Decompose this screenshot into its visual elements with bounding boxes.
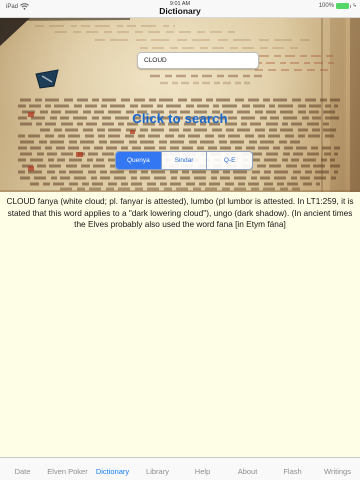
definition-text: CLOUD fanya (white cloud; pl. fanyar is … <box>0 192 360 231</box>
tab-flash[interactable]: Flash <box>270 467 315 476</box>
segment-quenya[interactable]: Quenya <box>116 152 162 169</box>
result-area: CLOUD fanya (white cloud; pl. fanyar is … <box>0 192 360 457</box>
tab-date[interactable]: Date <box>0 467 45 476</box>
language-segmented-control: Quenya Sindar Q-E <box>115 151 253 170</box>
page-title: Dictionary <box>0 7 360 16</box>
nav-titles: 9:01 AM Dictionary <box>0 0 360 16</box>
battery-percent: 100% <box>319 3 334 9</box>
search-button[interactable]: Click to search <box>0 111 360 126</box>
status-right: 100% ϟ <box>319 3 356 9</box>
tab-library[interactable]: Library <box>135 467 180 476</box>
tab-dictionary[interactable]: Dictionary <box>90 467 135 476</box>
segment-sindar[interactable]: Sindar <box>162 152 208 169</box>
tab-about[interactable]: About <box>225 467 270 476</box>
app-screen: iPad 9:01 AM Dictionary 100% ϟ <box>0 0 360 480</box>
tab-writings[interactable]: Writings <box>315 467 360 476</box>
charging-bolt-icon: ϟ <box>353 3 356 9</box>
tab-help[interactable]: Help <box>180 467 225 476</box>
status-nav-bar: iPad 9:01 AM Dictionary 100% ϟ <box>0 0 360 18</box>
tab-bar: Date Elven Poker Dictionary Library Help… <box>0 457 360 480</box>
battery-icon <box>336 3 349 9</box>
tab-elven-poker[interactable]: Elven Poker <box>45 467 90 476</box>
search-input[interactable] <box>137 52 259 69</box>
manuscript-header: Click to search Quenya Sindar Q-E <box>0 18 360 192</box>
segment-q-e[interactable]: Q-E <box>207 152 252 169</box>
